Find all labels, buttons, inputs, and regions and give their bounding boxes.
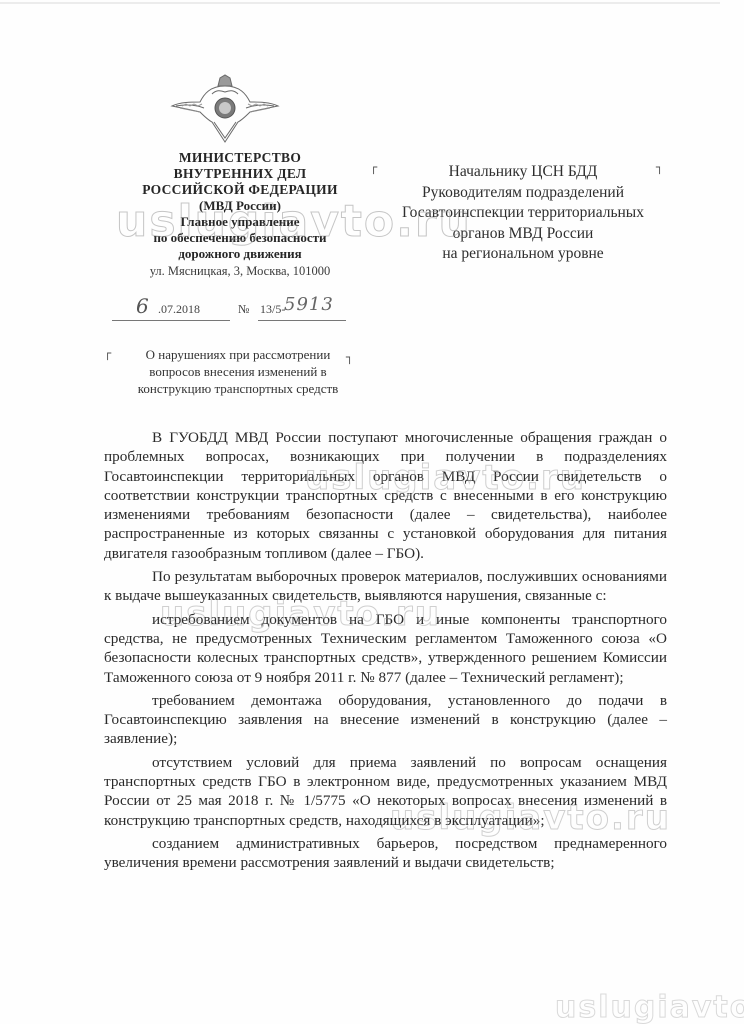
subject-line: О нарушениях при рассмотрении	[118, 346, 358, 363]
watermark: uslugiavto.ru	[555, 990, 744, 1024]
date-handwritten: 6	[136, 294, 149, 318]
body-paragraph: отсутствием условий для приема заявлений…	[104, 753, 667, 830]
body-paragraph: созданием административных барьеров, пос…	[104, 834, 667, 873]
org-line: ВНУТРЕННИХ ДЕЛ	[100, 166, 380, 182]
number-handwritten: 5913	[284, 294, 334, 315]
registration-date-field: 6 .07.2018	[112, 298, 230, 321]
date-typed: .07.2018	[158, 302, 200, 317]
addressee-line: на региональном уровне	[378, 244, 668, 265]
number-label: №	[238, 302, 249, 317]
addressee-line: органов МВД России	[378, 224, 668, 245]
org-line: МИНИСТЕРСТВО	[100, 150, 380, 166]
sender-organization: МИНИСТЕРСТВО ВНУТРЕННИХ ДЕЛ РОССИЙСКОЙ Ф…	[100, 150, 380, 280]
scan-edge	[0, 2, 720, 4]
addressee-corner-left-icon: ┌	[370, 160, 377, 174]
mvd-emblem-icon	[170, 72, 280, 146]
number-typed: 13/5-	[260, 302, 285, 317]
addressee-line: Руководителям подразделений	[378, 183, 668, 204]
body-paragraph: По результатам выборочных проверок матер…	[104, 567, 667, 606]
dept-line: Главное управление	[100, 214, 380, 230]
registration-number-field: 13/5- 5913	[258, 298, 346, 321]
addressee-block: Начальнику ЦСН БДД Руководителям подразд…	[378, 162, 668, 265]
letter-subject: О нарушениях при рассмотрении вопросов в…	[118, 346, 358, 397]
sender-address: ул. Мясницкая, 3, Москва, 101000	[100, 263, 380, 280]
dept-line: по обеспечению безопасности	[100, 230, 380, 246]
letter-body: В ГУОБДД МВД России поступают многочисле…	[104, 428, 667, 877]
org-line: (МВД России)	[100, 198, 380, 214]
addressee-line: Госавтоинспекции территориальных	[378, 203, 668, 224]
subject-line: вопросов внесения изменений в	[118, 363, 358, 380]
subject-line: конструкцию транспортных средств	[118, 380, 358, 397]
body-paragraph: В ГУОБДД МВД России поступают многочисле…	[104, 428, 667, 563]
org-line: РОССИЙСКОЙ ФЕДЕРАЦИИ	[100, 182, 380, 198]
addressee-line: Начальнику ЦСН БДД	[378, 162, 668, 183]
subject-corner-left-icon: ┌	[104, 346, 111, 360]
body-paragraph: истребованием документов на ГБО и иные к…	[104, 610, 667, 687]
body-paragraph: требованием демонтажа оборудования, уста…	[104, 691, 667, 749]
dept-line: дорожного движения	[100, 246, 380, 262]
scanned-letter-page: МИНИСТЕРСТВО ВНУТРЕННИХ ДЕЛ РОССИЙСКОЙ Ф…	[0, 0, 744, 1024]
